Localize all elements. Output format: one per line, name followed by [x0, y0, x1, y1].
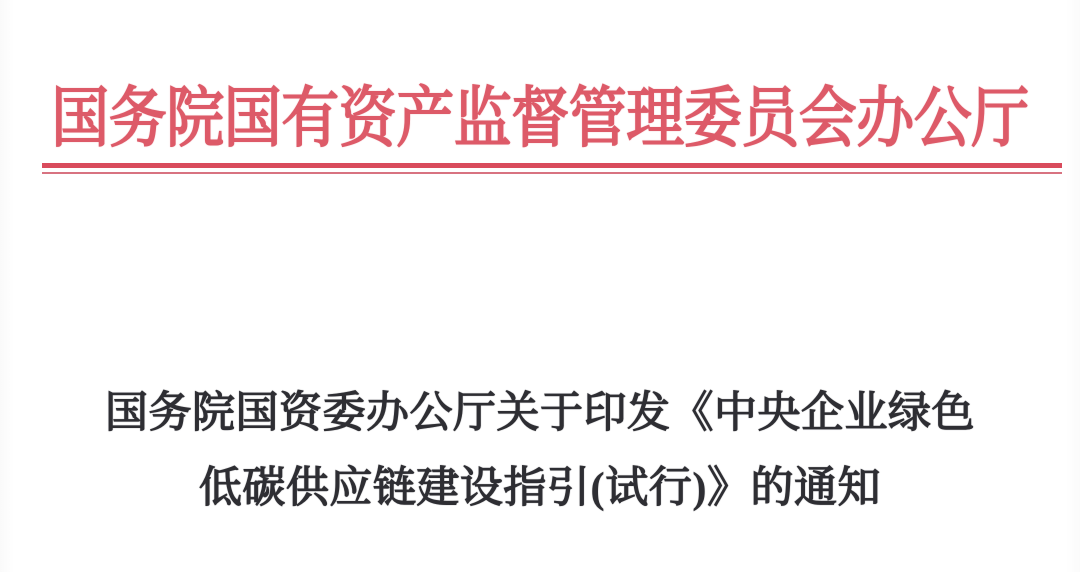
- red-double-divider: [42, 163, 1062, 174]
- document-page: 国务院国有资产监督管理委员会办公厅 国务院国资委办公厅关于印发《中央企业绿色 低…: [0, 0, 1080, 572]
- document-title-line-1: 国务院国资委办公厅关于印发《中央企业绿色: [0, 376, 1080, 451]
- document-title-line-2: 低碳供应链建设指引(试行)》的通知: [0, 451, 1080, 526]
- document-title: 国务院国资委办公厅关于印发《中央企业绿色 低碳供应链建设指引(试行)》的通知: [0, 376, 1080, 526]
- letterhead-org-name: 国务院国有资产监督管理委员会办公厅: [0, 64, 1080, 160]
